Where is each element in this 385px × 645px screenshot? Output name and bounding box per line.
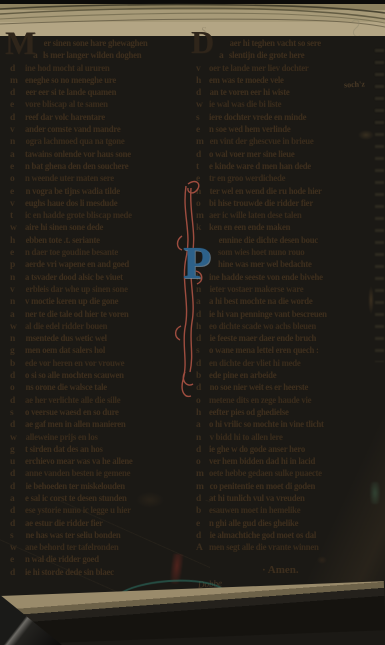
- line-initial: g: [10, 445, 25, 455]
- line-text: oete hebbe gedaen sulke puaecte: [209, 468, 322, 478]
- line-text: e sal ic corst te desen stunden: [25, 493, 127, 503]
- line-initial: w: [10, 223, 25, 233]
- line-text: ae gaf men in allen manieren: [25, 419, 125, 429]
- line-text: v moctie keren up die gone: [25, 296, 118, 306]
- line-initial: h: [196, 273, 209, 283]
- line-text: hine was mer wel bedachte: [218, 259, 312, 269]
- line-initial: h: [10, 236, 25, 246]
- line-initial: n: [196, 187, 209, 197]
- line-text: eer eer si te lande quamen: [26, 87, 117, 97]
- line-initial: a: [33, 51, 43, 61]
- line-initial: n: [196, 285, 209, 295]
- verse-line: die behoeden ter miskelouden: [10, 481, 190, 493]
- verse-line: verbleis dar whe up sinen sone: [10, 284, 190, 296]
- verse-line: dine hod mocht al ururen: [10, 63, 190, 75]
- line-initial: e: [10, 187, 25, 197]
- verse-line: dat hi tunlich vul va vreuden: [196, 493, 382, 505]
- manuscript-photo: S er sinen sone hare ghewaghenals mer la…: [0, 0, 385, 645]
- line-text: ter wel en wend die ru hode hier: [210, 186, 322, 196]
- line-text: ie behoeden ter miskelouden: [26, 481, 125, 491]
- line-text: eughs haue dos li mesdude: [25, 198, 117, 208]
- line-initial: s: [10, 531, 25, 541]
- line-text: at hi tunlich vul va vreuden: [209, 493, 305, 503]
- line-text: ine hod mocht al ururen: [25, 63, 109, 73]
- line-text: oer te lande mer liev dochter: [209, 63, 309, 73]
- line-initial: d: [10, 519, 25, 529]
- verse-line: obi hise trouwde die ridder fier: [196, 198, 382, 210]
- line-initial: n: [10, 137, 25, 147]
- line-text: eo dichte scade wo achs bleuen: [209, 321, 316, 331]
- verse-line: vander comste vand mandre: [10, 124, 190, 136]
- verse-line: er sinen sone hare ghewaghen: [33, 38, 190, 50]
- verse-line: aer hi teghen vacht so sere: [219, 38, 382, 50]
- line-initial: v: [10, 199, 25, 209]
- line-initial: o: [10, 383, 25, 393]
- line-initial: d: [10, 469, 25, 479]
- line-initial: v: [10, 285, 25, 295]
- line-text: men segt alle die vrante winnen: [209, 542, 319, 552]
- verse-line: besauwen moet in hemelike: [196, 505, 382, 517]
- verse-line: aa hi best mochte na die worde: [196, 296, 382, 308]
- line-initial: a: [10, 494, 25, 504]
- verse-line: nv moctie keren up die gone: [10, 296, 190, 308]
- line-initial: o: [196, 199, 209, 209]
- line-initial: d: [196, 88, 209, 98]
- line-text: an te voren eer hi wiste: [210, 87, 290, 97]
- verse-line: men vint der ghescvue in brieue: [196, 136, 382, 148]
- verse-line: over hem bidden dad hi in lacid: [196, 456, 382, 468]
- verse-line: etr en groo werdichede: [196, 173, 382, 185]
- line-text: ae estur die ridder fier: [25, 518, 103, 528]
- line-initial: a: [10, 150, 25, 160]
- line-text: ede vor heren en vor vrouwe: [25, 358, 124, 368]
- line-initial: d: [196, 359, 209, 369]
- red-ink-smudge: [169, 553, 184, 584]
- verse-line: so wane mena lettel eren quech :: [196, 345, 382, 357]
- line-initial: m: [196, 137, 209, 147]
- line-initial: a: [196, 297, 209, 307]
- line-text: en dichte der vliet hi mede: [209, 358, 300, 368]
- line-text: som wies hoet nuno rouo: [218, 247, 304, 257]
- line-initial: t: [10, 211, 25, 221]
- line-text: aer hi teghen vacht so sere: [230, 38, 321, 48]
- line-initial: w: [10, 543, 25, 553]
- line-initial: n: [196, 433, 209, 443]
- verse-line: dae estur die ridder fier: [10, 518, 190, 530]
- verse-line: hebben tote .t. seriante: [10, 235, 190, 247]
- line-initial: d: [10, 506, 25, 516]
- verse-line: die hi van penninge vant bescreuen: [196, 309, 382, 321]
- verse-line: die hi storde dede sin blaec: [10, 567, 190, 579]
- verse-line: hem was te moede vele: [196, 75, 382, 87]
- line-text: ede pine en arbeide: [209, 370, 276, 380]
- verse-line: en soe wed hem verlinde: [196, 124, 382, 136]
- verse-line: ae sal ic corst te desen stunden: [10, 493, 190, 505]
- line-initial: n: [10, 334, 25, 344]
- line-text: erbleis dar whe up sinen sone: [26, 284, 128, 294]
- line-initial: m: [196, 469, 209, 479]
- line-initial: d: [196, 310, 209, 320]
- line-text: e kinde ware d men han dede: [209, 161, 311, 171]
- parchment-page: S er sinen sone hare ghewaghenals mer la…: [0, 0, 385, 645]
- line-text: ls mer langer wilden doghen: [43, 50, 141, 60]
- verse-line: dae her verlichte alle die sille: [10, 395, 190, 407]
- line-initial: d: [196, 445, 209, 455]
- line-text: er sinen sone hare ghewaghen: [44, 38, 148, 48]
- line-initial: t: [196, 162, 209, 172]
- verse-line: som wies hoet nuno rouo: [218, 247, 382, 259]
- verse-line: so veersue waesd en so dure: [10, 407, 190, 419]
- line-initial: w: [10, 322, 25, 332]
- line-initial: b: [196, 506, 209, 516]
- line-text: en vint der ghescvue in brieue: [210, 136, 314, 146]
- line-initial: v: [10, 125, 25, 135]
- line-text: vore bliscap al te samen: [25, 99, 108, 109]
- line-text: tr en groo werdichede: [209, 173, 285, 183]
- verse-line: hine was mer wel bedachte: [218, 259, 382, 271]
- line-text: aire hi sinen sone dede: [25, 222, 103, 232]
- line-text: em was te moede vele: [209, 75, 284, 85]
- verse-line: aner te die tale od hier te voren: [10, 309, 190, 321]
- line-text: eneghe so no meneghe ure: [25, 75, 116, 85]
- line-initial: s: [10, 408, 25, 418]
- line-initial: v: [196, 64, 209, 74]
- line-text: a hi best mochte na die worde: [209, 296, 313, 306]
- line-initial: h: [196, 322, 209, 332]
- line-initial: d: [10, 113, 25, 123]
- verse-line: die almachtiche god moet os dal: [196, 530, 382, 542]
- line-text: ander comste vand mandre: [25, 124, 120, 134]
- line-text: msentede dus wetic wel: [26, 333, 107, 343]
- line-text: ae her verlichte alle die sille: [25, 395, 120, 405]
- line-initial: u: [10, 457, 25, 467]
- line-initial: e: [196, 125, 209, 135]
- line-text: o wal voer mer sine lieue: [209, 149, 295, 159]
- line-initial: o: [196, 457, 209, 467]
- verse-line: dese ystorie nuno ic legge u hier: [10, 505, 190, 517]
- verse-line: voer te lande mer liev dochter: [196, 63, 382, 75]
- line-initial: p: [10, 260, 25, 270]
- line-text: o wane mena lettel eren quech :: [209, 345, 319, 355]
- line-initial: e: [10, 100, 25, 110]
- line-initial: h: [196, 76, 209, 86]
- line-initial: a: [10, 310, 25, 320]
- verse-line: dae gaf men in allen manieren: [10, 419, 190, 431]
- line-text: ie wal was die bi liste: [209, 99, 281, 109]
- line-initial: a: [196, 420, 209, 430]
- line-initial: d: [10, 568, 25, 578]
- verse-line: wie wal was die bi liste: [196, 99, 382, 111]
- ink-showthrough: [375, 42, 384, 362]
- line-text: ane behord ter tafelronden: [25, 542, 119, 552]
- line-text: ennine die dichte desen bouc: [219, 235, 318, 245]
- line-text: ie hi storde dede sin blaec: [25, 567, 114, 577]
- line-text: erchievo mear was va he allene: [25, 456, 133, 466]
- verse-line: sne has was ter seliu bonden: [10, 530, 190, 542]
- verse-line: bede pine en arbeide: [196, 370, 382, 382]
- line-text: tawains onlende vor haus sone: [25, 149, 131, 159]
- line-initial: d: [196, 494, 209, 504]
- verse-line: danne vanden besten ie gemene: [10, 468, 190, 480]
- green-stain: [370, 482, 380, 504]
- line-initial: h: [196, 408, 209, 418]
- line-initial: b: [10, 359, 25, 369]
- verse-line: heo dichte scade wo achs bleuen: [196, 321, 382, 333]
- verse-line: tic en hadde grote bliscap mede: [10, 210, 190, 222]
- verse-line: wane behord ter tafelronden: [10, 542, 190, 554]
- verse-line: deer eer si te lande quamen: [10, 87, 190, 99]
- line-text: n bat ghena den den souchere: [25, 161, 128, 171]
- line-initial: d: [10, 482, 25, 492]
- line-initial: d: [196, 150, 209, 160]
- verse-line: evore bliscap al te samen: [10, 99, 190, 111]
- line-text: ogra lachmoed qua na tgone: [26, 136, 125, 146]
- verse-line: en wal die ridder goed: [10, 554, 190, 566]
- verse-line: ennine die dichte desen bouc: [218, 235, 382, 247]
- verse-line: nter wel en wend die ru hode hier: [196, 186, 382, 198]
- line-text: o veersue waesd en so dure: [25, 407, 119, 417]
- line-initial: e: [196, 519, 209, 529]
- drop-cap-d: D: [191, 26, 214, 58]
- verse-line: hine hadde seeste von ende bivehe: [196, 272, 382, 284]
- verse-line: ons orone die walsce tale: [10, 382, 190, 394]
- line-initial: m: [196, 211, 209, 221]
- text-column-right: aer hi teghen vacht so sereaslentijn die…: [196, 38, 382, 554]
- line-initial: e: [196, 174, 209, 184]
- verse-line: dan te voren eer hi wiste: [196, 87, 382, 99]
- line-initial: s: [196, 113, 209, 123]
- verse-line: nogra lachmoed qua na tgone: [10, 136, 190, 148]
- verse-line: Amen segt alle die vrante winnen: [196, 542, 382, 554]
- line-initial: d: [10, 64, 25, 74]
- verse-line: en daer toe goudine besante: [10, 247, 190, 259]
- verse-line: nieter vostaer makerse ware: [196, 284, 382, 296]
- line-text: slentijn die grote here: [229, 50, 304, 60]
- line-text: o si so alle mochten scauwen: [25, 370, 124, 380]
- line-text: bi hise trouwde die ridder fier: [209, 198, 313, 208]
- line-initial: e: [10, 248, 25, 258]
- verse-line: siere dochter vrede en minde: [196, 112, 382, 124]
- verse-line: aslentijn die grote here: [219, 50, 382, 62]
- drop-cap-m: M: [5, 28, 36, 61]
- verse-line: en vogra be tijns wadia tilde: [10, 186, 190, 198]
- verse-line: wal die edel ridder bouen: [10, 321, 190, 333]
- line-text: ken en een ende maken: [209, 222, 290, 232]
- line-text: esauwen moet in hemelike: [209, 505, 300, 515]
- line-initial: d: [10, 420, 25, 430]
- verse-line: nv bidd hi to allen lere: [196, 432, 382, 444]
- verse-line: als mer langer wilden doghen: [33, 50, 190, 62]
- line-initial: k: [196, 223, 209, 233]
- verse-line: gt sirden dat des an hos: [10, 444, 190, 456]
- line-initial: m: [196, 482, 209, 492]
- line-initial: n: [10, 273, 25, 283]
- verse-line: maer ic wille laten dese talen: [196, 210, 382, 222]
- verse-line: veughs haue dos li mesdude: [10, 198, 190, 210]
- verse-line: meneghe so no meneghe ure: [10, 75, 190, 87]
- line-text: ne has was ter seliu bonden: [26, 530, 121, 540]
- amen-colophon: · Amen.: [262, 564, 299, 576]
- verse-line: ometene dits en zege haude vie: [196, 395, 382, 407]
- verse-line: dno soe nier weit es er heerste: [196, 382, 382, 394]
- line-text: aer ic wille laten dese talen: [209, 210, 301, 220]
- verse-line: en bat ghena den den souchere: [10, 161, 190, 173]
- line-initial: n: [10, 297, 25, 307]
- verse-line: gmen oem dat salers hol: [10, 345, 190, 357]
- line-text: n daer toe goudine besante: [25, 247, 118, 257]
- line-text: metene dits en zege haude vie: [209, 395, 311, 405]
- verse-line: den dichte der vliet hi mede: [196, 358, 382, 370]
- verse-line: atawains onlende vor haus sone: [10, 149, 190, 161]
- line-text: ese ystorie nuno ic legge u hier: [25, 505, 131, 515]
- verse-line: te kinde ware d men han dede: [196, 161, 382, 173]
- line-initial: o: [10, 174, 25, 184]
- verse-line: mco penitentie en moet di goden: [196, 481, 382, 493]
- text-column-left: er sinen sone hare ghewaghenals mer lang…: [10, 38, 190, 579]
- line-text: v bidd hi to allen lere: [210, 432, 283, 442]
- line-initial: w: [10, 433, 25, 443]
- line-initial: b: [196, 371, 209, 381]
- verse-line: do wal voer mer sine lieue: [196, 149, 382, 161]
- line-text: iere dochter vrede en minde: [209, 112, 306, 122]
- line-text: reef dar volc harentare: [25, 112, 105, 122]
- line-text: t sirden dat des an hos: [25, 444, 103, 454]
- verse-line: en ghi alle gud dies ghelike: [196, 518, 382, 530]
- line-text: ie ghe w do gode anser hero: [209, 444, 305, 454]
- line-text: ie almachtiche god moet os dal: [210, 530, 316, 540]
- verse-line: do si so alle mochten scauwen: [10, 370, 190, 382]
- line-initial: g: [10, 346, 25, 356]
- line-initial: d: [196, 383, 209, 393]
- verse-line: die ghe w do gode anser hero: [196, 444, 382, 456]
- line-text: n wal die ridder goed: [25, 554, 99, 564]
- line-text: no soe nier weit es er heerste: [210, 382, 309, 392]
- line-text: n ghi alle gud dies ghelike: [209, 518, 298, 528]
- verse-line: bede vor heren en vor vrouwe: [10, 358, 190, 370]
- line-initial: d: [196, 531, 209, 541]
- verse-line: nmsentede dus wetic wel: [10, 333, 190, 345]
- line-text: al die edel ridder bouen: [25, 321, 107, 331]
- line-text: ic en hadde grote bliscap mede: [25, 210, 132, 220]
- verse-line: na tsvader dood alsic be viuet: [10, 272, 190, 284]
- line-text: a tsvader dood alsic be viuet: [25, 272, 123, 282]
- line-initial: o: [196, 396, 209, 406]
- line-text: o hi vrilic so mochte in vine tlicht: [209, 419, 324, 429]
- verse-line: ao hi vrilic so mochte in vine tlicht: [196, 419, 382, 431]
- line-initial: d: [10, 88, 25, 98]
- line-text: anne vanden besten ie gemene: [25, 468, 130, 478]
- verse-line: die feeste maer daer ende bruch: [196, 333, 382, 345]
- interlinear-correction-word: soch'z: [344, 79, 365, 89]
- line-text: n weende uter maten sere: [25, 173, 114, 183]
- line-text: n soe wed hem verlinde: [209, 124, 290, 134]
- illuminated-initial-p: P: [183, 240, 211, 286]
- line-initial: d: [196, 334, 209, 344]
- line-initial: s: [196, 346, 209, 356]
- verse-line: waire hi sinen sone dede: [10, 222, 190, 234]
- line-text: ner te die tale od hier te voren: [25, 309, 129, 319]
- quire-signature-mark: S: [201, 26, 206, 37]
- line-text: aerde vri wapene en and goed: [25, 259, 129, 269]
- line-initial: d: [10, 396, 25, 406]
- line-text: ieter vostaer makerse ware: [210, 284, 304, 294]
- verse-line: kken en een ende maken: [196, 222, 382, 234]
- line-text: eefter pies od ghedielse: [209, 407, 289, 417]
- verse-line: moete hebbe gedaen sulke puaecte: [196, 468, 382, 480]
- line-text: ine hadde seeste von ende bivehe: [209, 272, 323, 282]
- line-text: ie hi van penninge vant bescreuen: [209, 309, 327, 319]
- line-text: ver hem bidden dad hi in lacid: [209, 456, 315, 466]
- verse-line: dreef dar volc harentare: [10, 112, 190, 124]
- line-text: ie feeste maer daer ende bruch: [210, 333, 317, 343]
- verse-line: on weende uter maten sere: [10, 173, 190, 185]
- line-initial: d: [10, 371, 25, 381]
- verse-line: uerchievo mear was va he allene: [10, 456, 190, 468]
- line-text: ns orone die walsce tale: [26, 382, 107, 392]
- line-text: n vogra be tijns wadia tilde: [26, 186, 120, 196]
- line-text: co penitentie en moet di goden: [210, 481, 315, 491]
- line-initial: a: [219, 51, 229, 61]
- line-initial: m: [10, 76, 25, 86]
- verse-line: paerde vri wapene en and goed: [10, 259, 190, 271]
- verse-line: heefter pies od ghedielse: [196, 407, 382, 419]
- line-initial: e: [10, 162, 25, 172]
- line-text: men oem dat salers hol: [25, 345, 105, 355]
- line-text: alleweine prijs en los: [26, 432, 98, 442]
- line-initial: e: [10, 555, 25, 565]
- red-penwork-flourish: [172, 176, 206, 406]
- verse-line: walleweine prijs en los: [10, 432, 190, 444]
- line-initial: w: [196, 100, 209, 110]
- line-text: ebben tote .t. seriante: [26, 235, 100, 245]
- line-initial: A: [196, 543, 209, 553]
